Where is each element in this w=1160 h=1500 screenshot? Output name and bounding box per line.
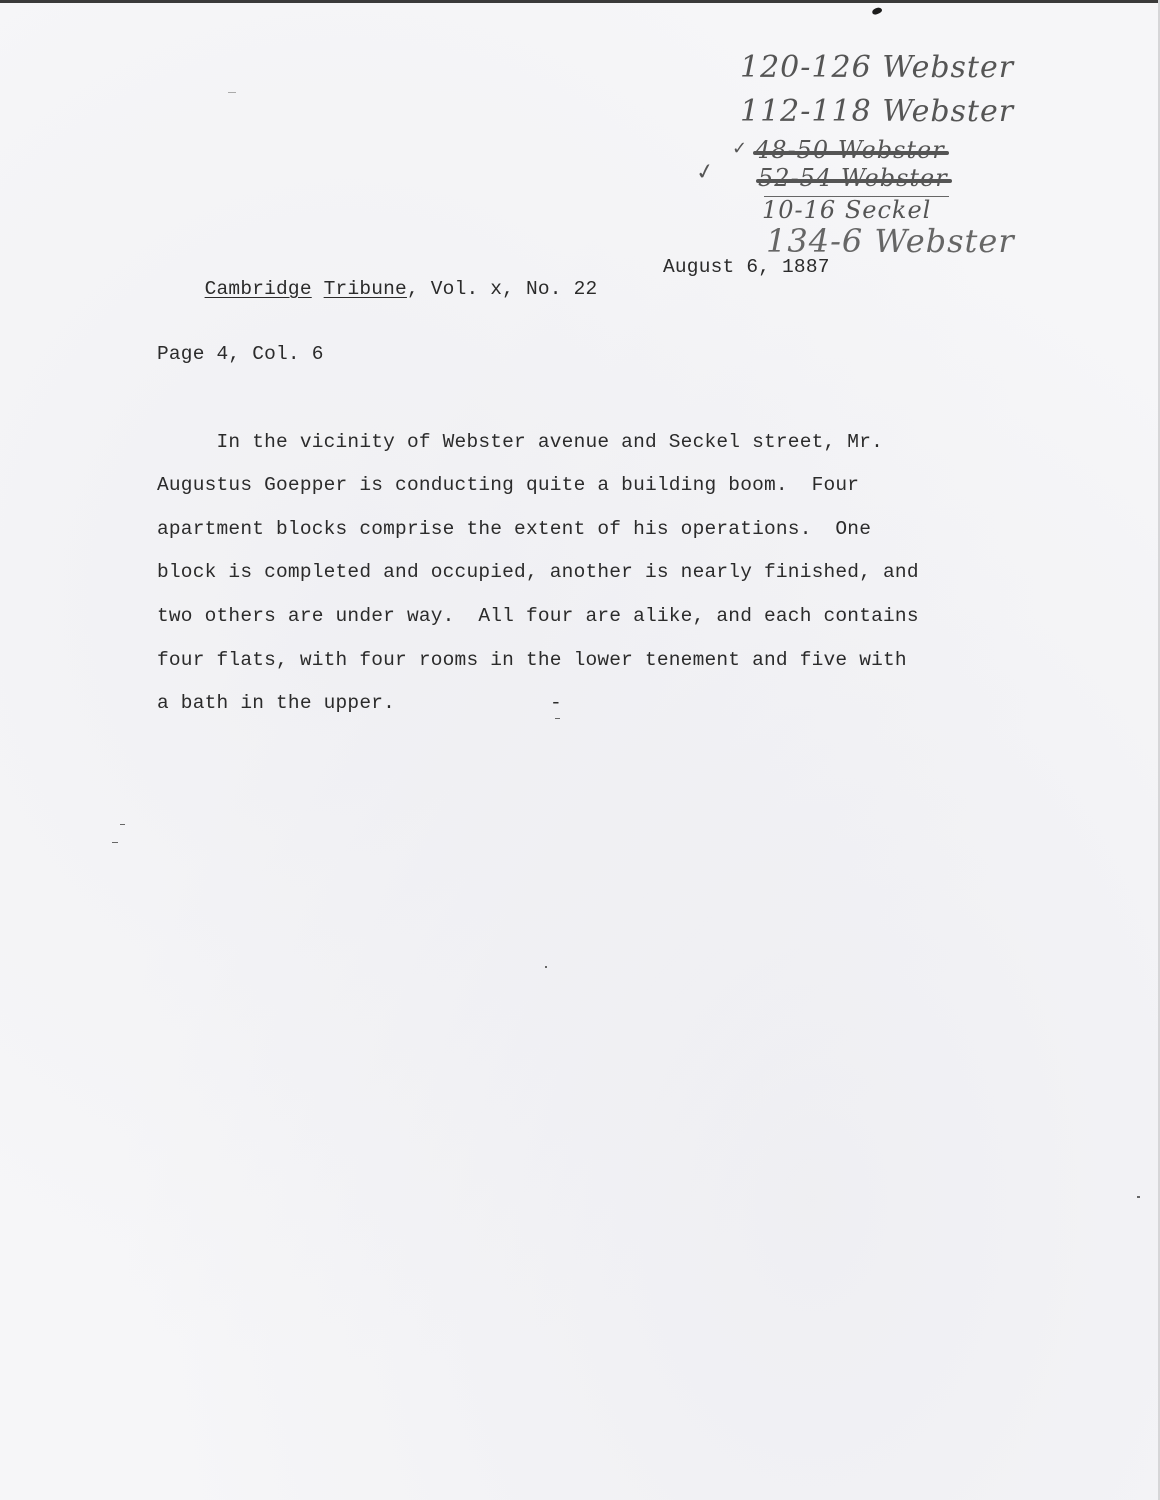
check-mark-icon: ✓ <box>732 138 747 159</box>
citation-header: Cambridge Tribune, Vol. x, No. 22 <box>157 256 597 322</box>
publication-name-part2: Tribune <box>324 278 407 300</box>
end-mark: - <box>550 692 562 714</box>
article-line: In the vicinity of Webster avenue and Se… <box>157 431 883 453</box>
article-line: Augustus Goepper is conducting quite a b… <box>157 474 859 496</box>
article-line: block is completed and occupied, another… <box>157 561 919 583</box>
article-line: two others are under way. All four are a… <box>157 605 919 627</box>
article-line: apartment blocks comprise the extent of … <box>157 518 871 540</box>
hand-note-line-struck: 52-54 Webster <box>758 164 948 192</box>
hand-note-line: 112-118 Webster <box>740 94 1014 129</box>
document-page: 120-126 Webster 112-118 Webster ✓ 48-50 … <box>0 0 1160 1500</box>
scan-speck <box>228 92 236 93</box>
scan-speck <box>545 966 547 968</box>
hand-note-line: 10-16 Seckel <box>762 196 931 224</box>
page-column-reference: Page 4, Col. 6 <box>157 343 324 365</box>
ink-mark <box>871 6 883 16</box>
publication-date: August 6, 1887 <box>663 256 830 278</box>
article-line: a bath in the upper. <box>157 692 395 714</box>
hand-note-line: 134-6 Webster <box>766 222 1015 260</box>
scan-speck <box>112 842 118 843</box>
publication-name-part1: Cambridge <box>205 278 312 300</box>
article-line: four flats, with four rooms in the lower… <box>157 649 907 671</box>
scan-edge-top <box>0 0 1160 3</box>
hand-note-line: 120-126 Webster <box>740 50 1014 85</box>
hand-note-line-struck: 48-50 Webster <box>755 136 945 164</box>
scan-speck <box>120 824 125 825</box>
scan-speck <box>555 718 560 719</box>
scan-speck <box>1137 1196 1140 1198</box>
check-mark-icon: ✓ <box>694 159 716 187</box>
volume-issue: , Vol. x, No. 22 <box>407 278 597 300</box>
